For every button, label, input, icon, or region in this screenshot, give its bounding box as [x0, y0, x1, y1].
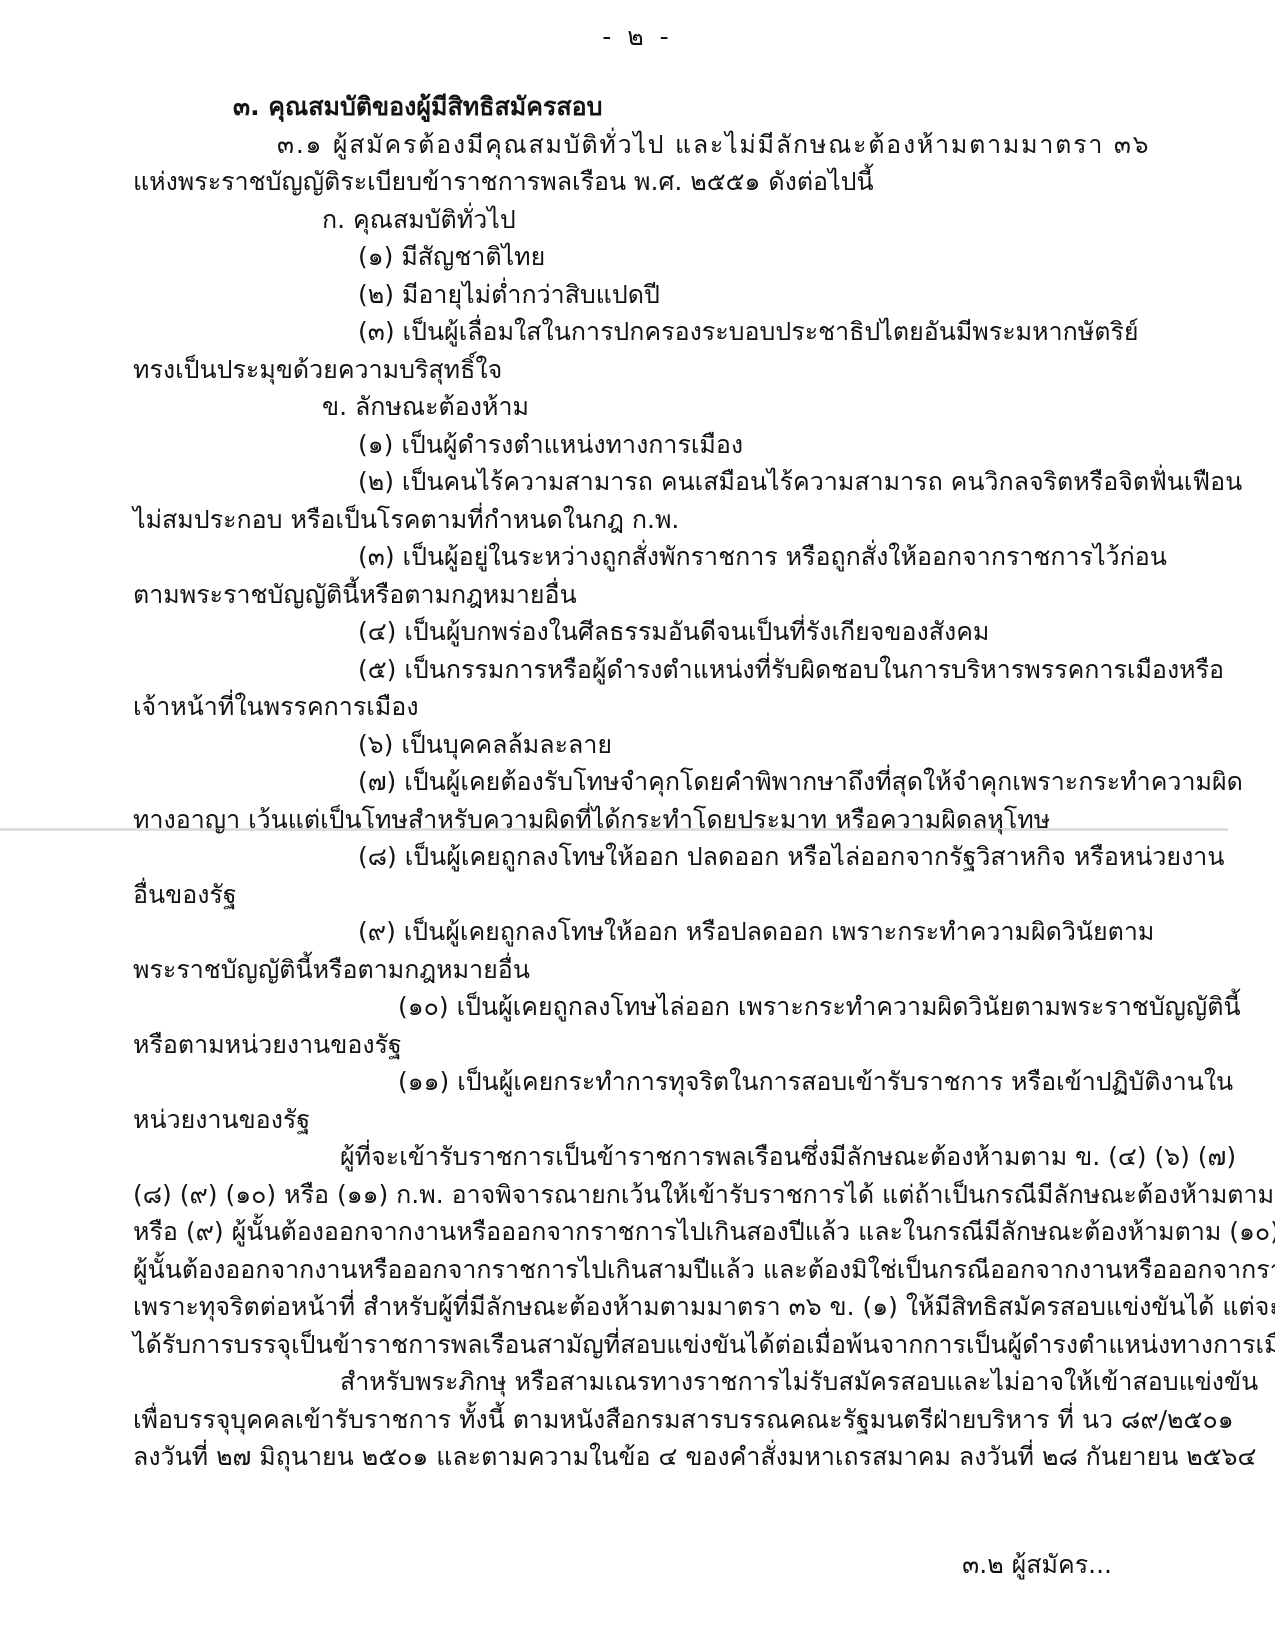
text-line: ไม่สมประกอบ หรือเป็นโรคตามที่กำหนดในกฎ ก…	[133, 501, 1148, 539]
text-line: แห่งพระราชบัญญัติระเบียบข้าราชการพลเรือน…	[133, 163, 1148, 201]
continuation-mark: ๓.๒ ผู้สมัคร...	[0, 1546, 1112, 1584]
text-line: เพราะทุจริตต่อหน้าที่ สำหรับผู้ที่มีลักษ…	[133, 1288, 1148, 1326]
text-line: ผู้ที่จะเข้ารับราชการเป็นข้าราชการพลเรือ…	[133, 1138, 1148, 1176]
text-line: เจ้าหน้าที่ในพรรคการเมือง	[133, 688, 1148, 726]
text-line: (๘) (๙) (๑๐) หรือ (๑๑) ก.พ. อาจพิจารณายก…	[133, 1176, 1148, 1214]
text-line: ทรงเป็นประมุขด้วยความบริสุทธิ์ใจ	[133, 351, 1148, 389]
text-line: ได้รับการบรรจุเป็นข้าราชการพลเรือนสามัญท…	[133, 1326, 1148, 1364]
text-line: (๑) มีสัญชาติไทย	[133, 238, 1148, 276]
text-line: (๓) เป็นผู้เลื่อมใสในการปกครองระบอบประชา…	[133, 313, 1148, 351]
text-line: ๓.๑ ผู้สมัครต้องมีคุณสมบัติทั่วไป และไม่…	[133, 126, 1148, 164]
text-line: เพื่อบรรจุบุคคลเข้ารับราชการ ทั้งนี้ ตาม…	[133, 1401, 1148, 1439]
page-number: - ๒ -	[0, 22, 1275, 52]
text-line: ข. ลักษณะต้องห้าม	[133, 388, 1148, 426]
text-line: (๔) เป็นผู้บกพร่องในศีลธรรมอันดีจนเป็นที…	[133, 613, 1148, 651]
text-line: (๖) เป็นบุคคลล้มละลาย	[133, 726, 1148, 764]
text-line: อื่นของรัฐ	[133, 876, 1148, 914]
text-line: ๓. คุณสมบัติของผู้มีสิทธิสมัครสอบ	[133, 88, 1148, 126]
text-line: ตามพระราชบัญญัตินี้หรือตามกฎหมายอื่น	[133, 576, 1148, 614]
text-line: (๘) เป็นผู้เคยถูกลงโทษให้ออก ปลดออก หรือ…	[133, 838, 1148, 876]
text-line: สำหรับพระภิกษุ หรือสามเณรทางราชการไม่รับ…	[133, 1363, 1148, 1401]
text-line: หน่วยงานของรัฐ	[133, 1101, 1148, 1139]
text-line: ลงวันที่ ๒๗ มิถุนายน ๒๕๐๑ และตามความในข้…	[133, 1438, 1148, 1476]
text-line: ทางอาญา เว้นแต่เป็นโทษสำหรับความผิดที่ได…	[133, 801, 1148, 839]
scanned-document-page: - ๒ - ๓. คุณสมบัติของผู้มีสิทธิสมัครสอบ๓…	[0, 0, 1275, 1650]
text-line: (๗) เป็นผู้เคยต้องรับโทษจำคุกโดยคำพิพากษ…	[133, 763, 1148, 801]
document-body: ๓. คุณสมบัติของผู้มีสิทธิสมัครสอบ๓.๑ ผู้…	[133, 88, 1148, 1476]
text-line: (๑๐) เป็นผู้เคยถูกลงโทษไล่ออก เพราะกระทำ…	[133, 988, 1148, 1026]
text-line: พระราชบัญญัตินี้หรือตามกฎหมายอื่น	[133, 951, 1148, 989]
text-line: หรือ (๙) ผู้นั้นต้องออกจากงานหรือออกจากร…	[133, 1213, 1148, 1251]
text-line: (๑๑) เป็นผู้เคยกระทำการทุจริตในการสอบเข้…	[133, 1063, 1148, 1101]
text-line: (๕) เป็นกรรมการหรือผู้ดำรงตำแหน่งที่รับผ…	[133, 651, 1148, 689]
text-line: (๑) เป็นผู้ดำรงตำแหน่งทางการเมือง	[133, 426, 1148, 464]
text-line: (๓) เป็นผู้อยู่ในระหว่างถูกสั่งพักราชการ…	[133, 538, 1148, 576]
text-line: ก. คุณสมบัติทั่วไป	[133, 201, 1148, 239]
text-line: หรือตามหน่วยงานของรัฐ	[133, 1026, 1148, 1064]
text-line: (๒) มีอายุไม่ต่ำกว่าสิบแปดปี	[133, 276, 1148, 314]
text-line: (๒) เป็นคนไร้ความสามารถ คนเสมือนไร้ความส…	[133, 463, 1148, 501]
text-line: ผู้นั้นต้องออกจากงานหรือออกจากราชการไปเก…	[133, 1251, 1148, 1289]
text-line: (๙) เป็นผู้เคยถูกลงโทษให้ออก หรือปลดออก …	[133, 913, 1148, 951]
